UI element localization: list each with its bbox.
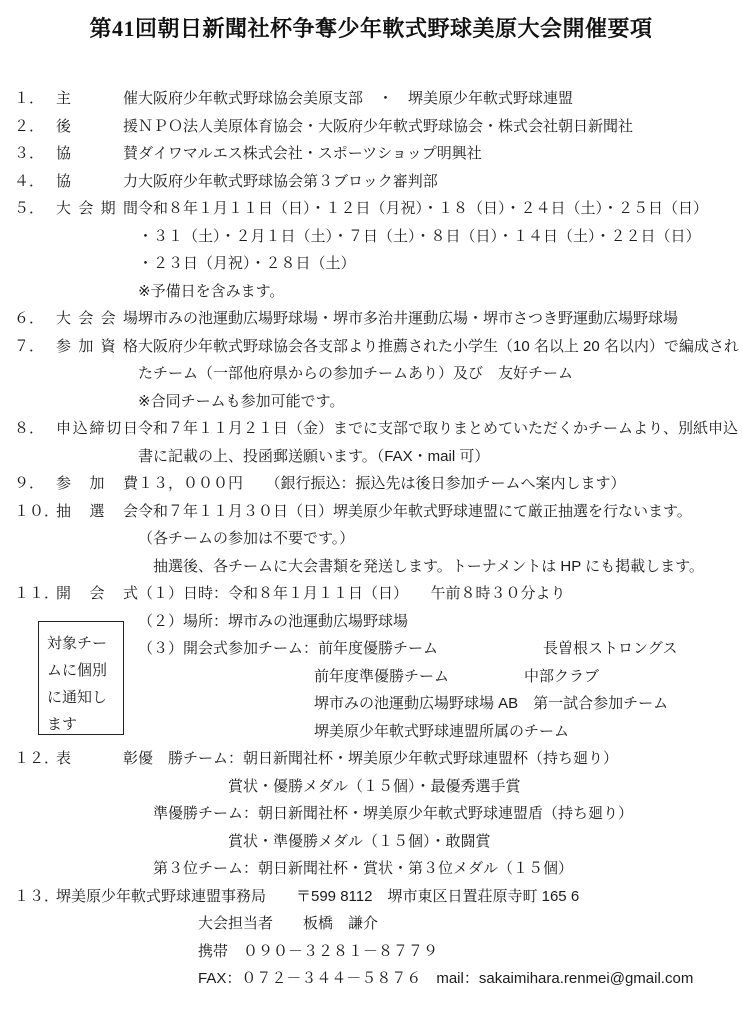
item-number: １２． [14, 745, 56, 773]
document-line: ４．協力大阪府少年軟式野球協会第３ブロック審判部 [14, 168, 734, 196]
item-label: 参加資格 [56, 333, 138, 361]
item-text: ・３１（土）・２月１日（土）・７日（土）・８日（日）・１４日（土）・２２日（日） [138, 223, 734, 251]
document-line: ５．大会期間令和８年１月１１日（日）・１２日（月祝）・１８（日）・２４日（土）・… [14, 195, 734, 223]
document-line: １３．堺美原少年軟式野球連盟事務局 〒599 8112 堺市東区日置荘原寺町 1… [14, 883, 734, 911]
item-text: FAX：０７２－３４４－５８７６ mail：sakaimihara.renmei… [138, 965, 734, 993]
item-text: ダイワマルエス株式会社・スポーツショップ明興社 [138, 140, 734, 168]
document-line: １１．開会式（１）日時：令和８年１月１１日（日） 午前８時３０分より [14, 580, 734, 608]
item-label: 協力 [56, 168, 138, 196]
item-text: ※予備日を含みます。 [138, 278, 734, 306]
item-text: （各チームの参加は不要です。） [138, 525, 734, 553]
item-text: 堺美原少年軟式野球連盟事務局 〒599 8112 堺市東区日置荘原寺町 165 … [56, 883, 734, 911]
item-text: 書に記載の上、投函郵送願います。（FAX・mail 可） [138, 443, 734, 471]
document-line: １２．表彰優 勝チーム：朝日新聞社杯・堺美原少年軟式野球連盟杯（持ち廻り） [14, 745, 734, 773]
item-text: 大会担当者 板橋 謙介 [138, 910, 734, 938]
document-line: 第３位チーム：朝日新聞社杯・賞状・第３位メダル（１５個） [14, 855, 734, 883]
item-number: １０． [14, 498, 56, 526]
document-line: 賞状・準優勝メダル（１５個）・敢闘賞 [14, 828, 734, 856]
item-text: 堺市みの池運動広場野球場・堺市多治井運動広場・堺市さつき野運動広場野球場 [138, 305, 734, 333]
item-label: 表彰 [56, 745, 138, 773]
notice-box: 対象チームに個別に通知します [38, 621, 124, 735]
item-text: （３）開会式参加チーム：前年度優勝チーム 長曽根ストロングス [138, 635, 734, 663]
item-label: 申込締切日 [56, 415, 138, 443]
item-text: １３，０００円 （銀行振込：振込先は後日参加チームへ案内します） [138, 470, 734, 498]
item-text: 大阪府少年軟式野球協会美原支部 ・ 堺美原少年軟式野球連盟 [138, 85, 734, 113]
document-line: 書に記載の上、投函郵送願います。（FAX・mail 可） [14, 443, 734, 471]
item-number: ８． [14, 415, 56, 443]
item-label: 協賛 [56, 140, 138, 168]
document-line: ２．後援ＮＰＯ法人美原体育協会・大阪府少年軟式野球協会・株式会社朝日新聞社 [14, 113, 734, 141]
item-label: 抽選会 [56, 498, 138, 526]
item-text: 準優勝チーム：朝日新聞社杯・堺美原少年軟式野球連盟盾（持ち廻り） [138, 800, 734, 828]
item-text: 携帯 ０９０－３２８１－８７７９ [138, 938, 734, 966]
document-line: 携帯 ０９０－３２８１－８７７９ [14, 938, 734, 966]
item-text: 令和７年１１月２１日（金）までに支部で取りまとめていただくかチームより、別紙申込 [138, 415, 734, 443]
item-number: ５． [14, 195, 56, 223]
item-number: １． [14, 85, 56, 113]
document-line: ・３１（土）・２月１日（土）・７日（土）・８日（日）・１４日（土）・２２日（日） [14, 223, 734, 251]
item-text: 堺市みの池運動広場野球場 AB 第一試合参加チーム [138, 690, 734, 718]
item-text: 大阪府少年軟式野球協会第３ブロック審判部 [138, 168, 734, 196]
document-line: ９．参加費１３，０００円 （銀行振込：振込先は後日参加チームへ案内します） [14, 470, 734, 498]
document-line: 大会担当者 板橋 謙介 [14, 910, 734, 938]
item-text: 前年度準優勝チーム 中部クラブ [138, 663, 734, 691]
item-text: （２）場所：堺市みの池運動広場野球場 [138, 608, 734, 636]
document-line: 準優勝チーム：朝日新聞社杯・堺美原少年軟式野球連盟盾（持ち廻り） [14, 800, 734, 828]
document-line: 賞状・優勝メダル（１５個）・最優秀選手賞 [14, 773, 734, 801]
item-label: 大会期間 [56, 195, 138, 223]
document-line: ３．協賛ダイワマルエス株式会社・スポーツショップ明興社 [14, 140, 734, 168]
item-text: 抽選後、各チームに大会書類を発送します。トーナメントは HP にも掲載します。 [138, 553, 734, 581]
item-number: １３． [14, 883, 56, 911]
item-number: ３． [14, 140, 56, 168]
item-text: 令和８年１月１１日（日）・１２日（月祝）・１８（日）・２４日（土）・２５日（日） [138, 195, 734, 223]
item-number: ９． [14, 470, 56, 498]
item-label: 開会式 [56, 580, 138, 608]
item-text: 賞状・優勝メダル（１５個）・最優秀選手賞 [138, 773, 734, 801]
document-line: １．主催大阪府少年軟式野球協会美原支部 ・ 堺美原少年軟式野球連盟 [14, 85, 734, 113]
item-number: １１． [14, 580, 56, 608]
item-text: ＮＰＯ法人美原体育協会・大阪府少年軟式野球協会・株式会社朝日新聞社 [138, 113, 734, 141]
item-text: 優 勝チーム：朝日新聞社杯・堺美原少年軟式野球連盟杯（持ち廻り） [138, 745, 734, 773]
item-number: ７． [14, 333, 56, 361]
document-title: 第41回朝日新聞社杯争奪少年軟式野球美原大会開催要項 [0, 12, 742, 43]
document-line: 抽選後、各チームに大会書類を発送します。トーナメントは HP にも掲載します。 [14, 553, 734, 581]
item-label: 主催 [56, 85, 138, 113]
item-label: 大会会場 [56, 305, 138, 333]
item-number: ２． [14, 113, 56, 141]
document-line: ・２３日（月祝）・２８日（土） [14, 250, 734, 278]
item-text: ※合同チームも参加可能です。 [138, 388, 734, 416]
document-line: FAX：０７２－３４４－５８７６ mail：sakaimihara.renmei… [14, 965, 734, 993]
document-line: １０．抽選会令和７年１１月３０日（日）堺美原少年軟式野球連盟にて厳正抽選を行ない… [14, 498, 734, 526]
item-label: 参加費 [56, 470, 138, 498]
item-label: 後援 [56, 113, 138, 141]
item-text: ・２３日（月祝）・２８日（土） [138, 250, 734, 278]
document-line: ※予備日を含みます。 [14, 278, 734, 306]
document-line: ※合同チームも参加可能です。 [14, 388, 734, 416]
item-number: ４． [14, 168, 56, 196]
item-text: 令和７年１１月３０日（日）堺美原少年軟式野球連盟にて厳正抽選を行ないます。 [138, 498, 734, 526]
item-text: （１）日時：令和８年１月１１日（日） 午前８時３０分より [138, 580, 734, 608]
document-body: １．主催大阪府少年軟式野球協会美原支部 ・ 堺美原少年軟式野球連盟 ２．後援ＮＰ… [0, 85, 742, 993]
item-text: 第３位チーム：朝日新聞社杯・賞状・第３位メダル（１５個） [138, 855, 734, 883]
item-text: たチーム（一部他府県からの参加チームあり）及び 友好チーム [138, 360, 734, 388]
item-text: 堺美原少年軟式野球連盟所属のチーム [138, 718, 734, 746]
document-line: ６．大会会場堺市みの池運動広場野球場・堺市多治井運動広場・堺市さつき野運動広場野… [14, 305, 734, 333]
item-text: 賞状・準優勝メダル（１５個）・敢闘賞 [138, 828, 734, 856]
document-line: （各チームの参加は不要です。） [14, 525, 734, 553]
document-line: ７．参加資格大阪府少年軟式野球協会各支部より推薦された小学生（10 名以上 20… [14, 333, 734, 361]
item-number: ６． [14, 305, 56, 333]
item-text: 大阪府少年軟式野球協会各支部より推薦された小学生（10 名以上 20 名以内）で… [138, 333, 734, 361]
document-line: たチーム（一部他府県からの参加チームあり）及び 友好チーム [14, 360, 734, 388]
document-line: ８．申込締切日令和７年１１月２１日（金）までに支部で取りまとめていただくかチーム… [14, 415, 734, 443]
